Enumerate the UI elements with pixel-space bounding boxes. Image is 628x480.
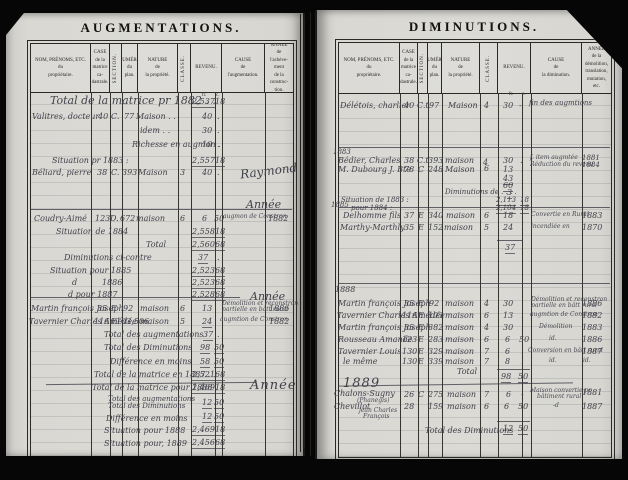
- handwritten-entry: Année: [246, 199, 281, 210]
- handwritten-entry: 12: [202, 413, 212, 423]
- handwritten-entry: maison: [140, 305, 169, 313]
- handwritten-entry: maison: [444, 224, 473, 232]
- handwritten-entry: Situation pour 1888: [104, 427, 185, 435]
- handwritten-entry: .: [521, 212, 524, 220]
- handwritten-entry: .: [521, 182, 524, 190]
- handwritten-entry: 130: [402, 348, 417, 356]
- handwritten-entry: 2,469: [192, 426, 215, 436]
- handwritten-entry: 30: [503, 102, 513, 110]
- handwritten-entry: 30: [202, 127, 212, 135]
- gutter-edge-line: [300, 14, 301, 452]
- handwritten-entry: 1886: [582, 300, 602, 308]
- handwritten-entry: maison: [447, 391, 476, 399]
- handwritten-entry: 28: [404, 403, 414, 411]
- handwritten-entry: .: [521, 312, 524, 320]
- handwritten-entry: 5: [180, 318, 185, 326]
- handwritten-entry: 50: [214, 399, 224, 409]
- handwritten-entry: C: [418, 391, 424, 399]
- handwritten-entry: 18: [215, 98, 225, 106]
- handwritten-entry: 18: [215, 157, 225, 167]
- handwritten-entry: 6: [484, 165, 489, 173]
- handwritten-entry: 283: [428, 336, 443, 344]
- handwritten-entry: 1881: [582, 389, 602, 397]
- handwritten-entry: 50: [519, 336, 529, 344]
- handwritten-entry: 6: [484, 336, 489, 344]
- handwritten-entry: Délétois, charlier: [340, 102, 410, 110]
- handwritten-entry: 116: [94, 318, 109, 326]
- handwritten-entry: Total des Diminutions: [108, 403, 185, 410]
- handwritten-entry: 6: [484, 212, 489, 220]
- handwritten-entry: .: [217, 141, 220, 149]
- handwritten-entry: 40: [202, 113, 212, 121]
- handwritten-entry: maison: [445, 157, 474, 165]
- handwritten-entry: 2,469: [192, 384, 215, 394]
- handwritten-entry: maison: [445, 336, 474, 344]
- handwritten-entry: 68: [215, 371, 225, 381]
- handwritten-entry: 1887: [582, 403, 602, 411]
- handwritten-entry: 6: [202, 215, 207, 223]
- handwritten-entry: Raymond: [239, 162, 297, 181]
- handwritten-entry: D.: [110, 215, 119, 223]
- handwritten-entry: 1886: [582, 336, 602, 344]
- handwritten-entry: Différence en moins: [106, 415, 188, 423]
- handwritten-entry: .: [217, 127, 220, 135]
- handwritten-entry: 123: [402, 336, 417, 344]
- handwritten-entry: le même: [343, 358, 377, 366]
- handwritten-entry: 24: [202, 318, 212, 328]
- handwritten-entry: maison: [445, 324, 474, 332]
- handwritten-entry: 35: [404, 324, 414, 332]
- handwritten-entry: .: [520, 157, 523, 165]
- handwritten-entry: idem . .: [140, 127, 170, 135]
- handwritten-entry: 248: [428, 166, 443, 174]
- handwritten-entry: .: [521, 358, 524, 366]
- handwritten-entry: 68: [215, 267, 225, 277]
- handwritten-entry: 7: [484, 348, 489, 356]
- handwritten-entry: 50: [214, 413, 224, 423]
- handwritten-entry: Total des Diminutions: [425, 427, 513, 435]
- handwritten-entry: Diminutions de . . . .: [445, 189, 517, 196]
- handwritten-entry: 68: [215, 439, 225, 449]
- handwritten-entry: 2,558: [192, 228, 215, 238]
- handwritten-entry: Tavernier Louis: [338, 348, 401, 356]
- handwritten-entry: Convertie en Rural: [531, 212, 589, 218]
- handwritten-entry: 2,521: [192, 371, 215, 381]
- handwritten-entry: 30: [503, 300, 513, 308]
- handwritten-entry: fr.: [509, 92, 513, 97]
- handwritten-entry: 123: [95, 215, 110, 223]
- handwritten-entry: 58: [200, 358, 210, 368]
- handwritten-entry: 2,523: [192, 279, 215, 289]
- handwritten-entry: 12: [503, 425, 513, 435]
- handwritten-entry: 2,528: [192, 291, 215, 301]
- handwritten-entry: 50: [518, 425, 528, 435]
- handwritten-entry: 6: [505, 348, 510, 356]
- handwritten-entry: 68: [215, 241, 225, 251]
- handwritten-entry: 1886: [269, 305, 289, 313]
- handwritten-entry: C.t: [417, 157, 429, 165]
- handwritten-entry: 38: [404, 157, 414, 165]
- handwritten-entry: id.: [549, 358, 557, 364]
- handwritten-entry: 37: [203, 331, 213, 341]
- handwritten-entry: 2,523: [192, 267, 215, 277]
- handwritten-entry: 1883: [582, 324, 602, 332]
- handwritten-entry: 12: [202, 399, 212, 409]
- handwritten-entry: .: [521, 348, 524, 356]
- handwritten-entry: E: [111, 305, 117, 313]
- handwritten-entry: d pour 1887: [68, 291, 117, 299]
- handwritten-entry: Année: [250, 379, 297, 392]
- handwritten-entry: Bédier, Charles: [338, 157, 400, 165]
- handwritten-entry: 98: [501, 373, 511, 383]
- handwritten-entry: .: [217, 254, 220, 262]
- handwritten-entry: 1883: [333, 149, 351, 156]
- handwritten-entry: 8: [505, 358, 510, 366]
- handwritten-entry: Martin françois Joseph: [338, 300, 431, 308]
- handwritten-entry: 35: [97, 305, 107, 313]
- handwritten-entry: 152: [428, 224, 443, 232]
- handwritten-entry: 103: [428, 312, 443, 320]
- handwritten-entry: 1883: [582, 212, 602, 220]
- left-page: AUGMENTATIONS. NOM, PRÉNOMS, ETC. du pro…: [6, 13, 305, 456]
- handwritten-entry: 98: [200, 344, 210, 354]
- handwritten-entry: C: [418, 166, 424, 174]
- handwritten-entry: .: [521, 324, 524, 332]
- handwritten-entry: 13: [503, 166, 513, 174]
- handwritten-entry: 37: [404, 212, 414, 220]
- handwritten-entry: E: [418, 324, 424, 332]
- handwritten-entry: Différence en moins: [110, 358, 192, 366]
- handwritten-entry: 672: [120, 215, 135, 223]
- handwritten-entry: 26: [404, 391, 414, 399]
- handwritten-entry: 6: [180, 305, 185, 313]
- handwritten-entry: 77: [124, 113, 134, 121]
- handwritten-entry: Maison . .: [136, 113, 176, 121]
- handwritten-entry: 2,537: [192, 98, 215, 108]
- handwritten-entry: .: [521, 166, 524, 174]
- handwritten-entry: 2,557: [192, 157, 215, 167]
- handwritten-entry: maison: [447, 403, 476, 411]
- handwriting-layer: fr.c.Délétois, charlier40C.t97Maison430-…: [317, 10, 622, 459]
- handwritten-entry: 37: [198, 254, 208, 264]
- handwritten-entry: 30: [503, 157, 513, 165]
- handwritten-entry: 18: [215, 228, 225, 238]
- handwritten-entry: 3: [180, 169, 185, 177]
- handwritten-entry: Total: [146, 241, 166, 249]
- handwritten-entry: Béliard, pierre: [32, 169, 91, 177]
- handwritten-entry: 1888: [335, 286, 355, 294]
- handwritten-entry: 1887: [582, 348, 602, 356]
- handwritten-entry: Total de la matrice pr 1882 . .: [50, 95, 216, 106]
- handwritten-entry: Situation pr 1883 :: [52, 157, 129, 165]
- handwritten-entry: 1882: [582, 312, 602, 320]
- handwritten-entry: 35: [404, 300, 414, 308]
- handwritten-entry: 159: [428, 403, 443, 411]
- handwritten-entry: 1882: [269, 318, 289, 326]
- handwritten-entry: c.: [522, 92, 525, 97]
- handwritten-entry: Coudry-Aimé: [34, 215, 87, 223]
- handwritten-entry: maison: [445, 300, 474, 308]
- handwritten-entry: 275: [428, 391, 443, 399]
- handwritten-entry: bâtiment rural: [537, 394, 581, 400]
- handwritten-entry: 78: [404, 166, 414, 174]
- handwritten-entry: maison: [445, 312, 474, 320]
- scanned-ledger-spread: { "scan": { "background_color": "#060606…: [0, 0, 628, 480]
- handwritten-entry: maison: [136, 215, 165, 223]
- handwritten-entry: C.: [111, 169, 119, 177]
- handwritten-entry: Maison: [138, 169, 168, 177]
- handwritten-entry: 1886: [102, 279, 122, 287]
- handwritten-entry: François: [363, 414, 389, 420]
- handwritten-entry: 2,456: [192, 439, 215, 449]
- handwritten-entry: Total des Diminutions: [104, 344, 192, 352]
- handwritten-entry: Marthy-Marthly: [340, 224, 405, 232]
- handwritten-entry: Situation pour, 1889: [104, 440, 187, 448]
- handwritten-entry: .: [521, 224, 524, 232]
- handwritten-entry: Total: [457, 368, 477, 376]
- handwritten-entry: 18: [503, 212, 513, 220]
- handwritten-entry: C.: [111, 113, 119, 121]
- handwritten-entry: 5: [484, 224, 489, 232]
- handwritten-entry: .: [217, 113, 220, 121]
- handwritten-entry: -: [521, 391, 524, 399]
- handwritten-entry: 92: [123, 305, 133, 313]
- handwritten-entry: Delhomme fils: [343, 212, 401, 220]
- handwritten-entry: 68: [215, 279, 225, 289]
- handwritten-entry: maison: [140, 318, 169, 326]
- handwritten-entry: 1884: [582, 162, 600, 169]
- handwritten-entry: 50: [214, 358, 224, 368]
- handwritten-entry: 50: [214, 344, 224, 354]
- handwritten-entry: Situation de 1884: [56, 228, 128, 236]
- handwritten-entry: Démolition: [539, 324, 572, 330]
- handwritten-entry: maison: [445, 358, 474, 366]
- handwritten-entry: 329: [428, 348, 443, 356]
- handwritten-entry: 1870: [582, 224, 602, 232]
- handwritten-entry: 1885: [331, 202, 349, 209]
- handwritten-entry: 393: [428, 157, 443, 165]
- handwritten-entry: 92: [429, 300, 439, 308]
- handwritten-entry: Martin françois Joseph: [338, 324, 431, 332]
- handwritten-entry: maison: [445, 348, 474, 356]
- handwritten-entry: E: [418, 348, 424, 356]
- handwritten-entry: 6: [484, 312, 489, 320]
- handwritten-entry: .: [521, 244, 524, 252]
- handwritten-entry: E: [418, 212, 424, 220]
- handwritten-entry: 6: [506, 391, 511, 399]
- handwritten-entry: 10: [202, 141, 212, 149]
- handwritten-entry: -: [519, 102, 522, 110]
- handwritten-entry: 1882: [268, 215, 288, 223]
- handwritten-entry: maison: [446, 212, 475, 220]
- handwritten-entry: Martin françois Joseph: [31, 305, 124, 313]
- handwritten-entry: 50: [518, 373, 528, 383]
- handwritten-entry: 4: [484, 102, 489, 110]
- handwritten-entry: incendiée en: [531, 224, 570, 230]
- handwritten-entry: Valitres, docteur: [32, 113, 99, 121]
- right-page: DIMINUTIONS. NOM, PRÉNOMS, ETC. du propr…: [315, 10, 622, 459]
- handwritten-entry: 40: [98, 113, 108, 121]
- handwritten-entry: 130: [402, 358, 417, 366]
- handwritten-entry: Maison: [448, 102, 478, 110]
- handwritten-entry: 6: [505, 336, 510, 344]
- handwritten-entry: 6: [504, 403, 509, 411]
- handwritten-entry: 4: [484, 300, 489, 308]
- handwritten-entry: 116: [402, 312, 417, 320]
- handwritten-entry: id.: [549, 336, 557, 342]
- handwritten-entry: 18: [215, 426, 225, 436]
- handwritten-entry: 18: [215, 384, 225, 394]
- handwritten-entry: Maison: [445, 166, 475, 174]
- handwritten-entry: 393: [122, 169, 137, 177]
- handwriting-layer: fr.c.Total de la matrice pr 1882 . .2,53…: [6, 13, 303, 456]
- handwritten-entry: 35: [404, 224, 414, 232]
- handwritten-entry: 13: [503, 312, 513, 320]
- handwritten-entry: 37: [505, 244, 515, 254]
- handwritten-entry: C.t: [417, 102, 429, 110]
- handwritten-entry: 339: [428, 358, 443, 366]
- gutter-edge-line: [304, 18, 305, 448]
- handwritten-entry: 2,560: [192, 241, 215, 251]
- gutter-edge-line: [310, 12, 311, 456]
- handwritten-entry: 7: [484, 391, 489, 399]
- handwritten-entry: 340: [428, 212, 443, 220]
- handwritten-entry: .: [217, 169, 220, 177]
- handwritten-entry: d: [72, 279, 77, 287]
- handwritten-entry: M. Dubourg J. Bte: [338, 166, 411, 174]
- handwritten-entry: 6: [180, 215, 185, 223]
- handwritten-entry: 13: [202, 305, 212, 313]
- handwritten-entry: Situation de 1883 :: [341, 197, 409, 204]
- handwritten-entry: 40: [404, 102, 414, 110]
- handwritten-entry: -d: [553, 403, 559, 409]
- handwritten-entry: 40: [202, 169, 212, 177]
- handwritten-entry: id.: [583, 358, 591, 364]
- handwritten-entry: E: [418, 224, 424, 232]
- handwritten-entry: E: [418, 300, 424, 308]
- handwritten-entry: .: [217, 331, 220, 339]
- handwritten-entry: 24: [503, 224, 513, 232]
- handwritten-entry: 30: [503, 324, 513, 332]
- handwritten-entry: 4: [484, 324, 489, 332]
- handwritten-entry: Diminutions ci-contre: [64, 254, 152, 262]
- handwritten-entry: 6: [484, 403, 489, 411]
- handwritten-entry: 97: [429, 102, 439, 110]
- handwritten-entry: Situation pour 1885: [50, 267, 131, 275]
- handwritten-entry: Total des augmentations: [104, 331, 203, 339]
- handwritten-entry: E: [418, 312, 424, 320]
- handwritten-entry: E: [418, 358, 424, 366]
- handwritten-entry: 38: [97, 169, 107, 177]
- handwritten-entry: 382: [428, 324, 443, 332]
- handwritten-entry: fin des augmtions: [529, 100, 592, 107]
- handwritten-entry: E: [418, 336, 424, 344]
- handwritten-entry: 50: [518, 403, 528, 411]
- handwritten-entry: 7: [484, 358, 489, 366]
